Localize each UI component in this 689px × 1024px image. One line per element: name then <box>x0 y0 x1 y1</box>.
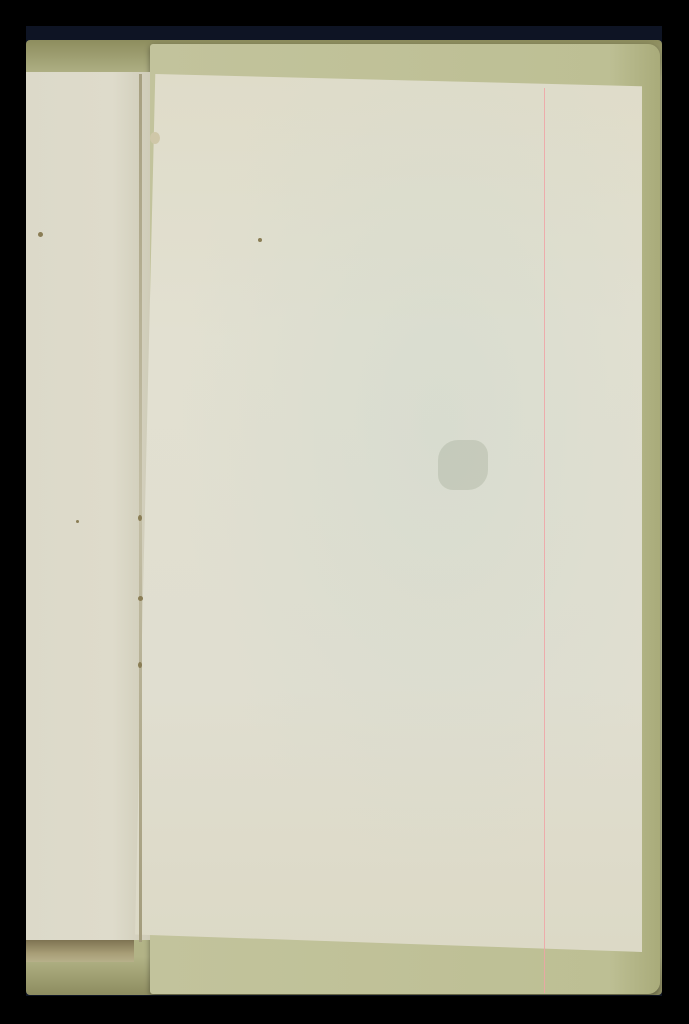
paper-spot <box>258 238 262 242</box>
paper-spot <box>38 232 43 237</box>
paper-spot <box>138 596 143 601</box>
paper-spot <box>138 515 142 521</box>
margin-rule-line <box>544 88 545 993</box>
book-spine-gutter <box>139 74 142 942</box>
paper-stain <box>438 440 488 490</box>
left-page <box>26 72 150 940</box>
left-page-bottom-edge <box>26 940 134 962</box>
paper-spot <box>76 520 79 523</box>
right-page <box>135 74 642 952</box>
paper-spot <box>150 132 160 144</box>
paper-spot <box>138 662 142 668</box>
